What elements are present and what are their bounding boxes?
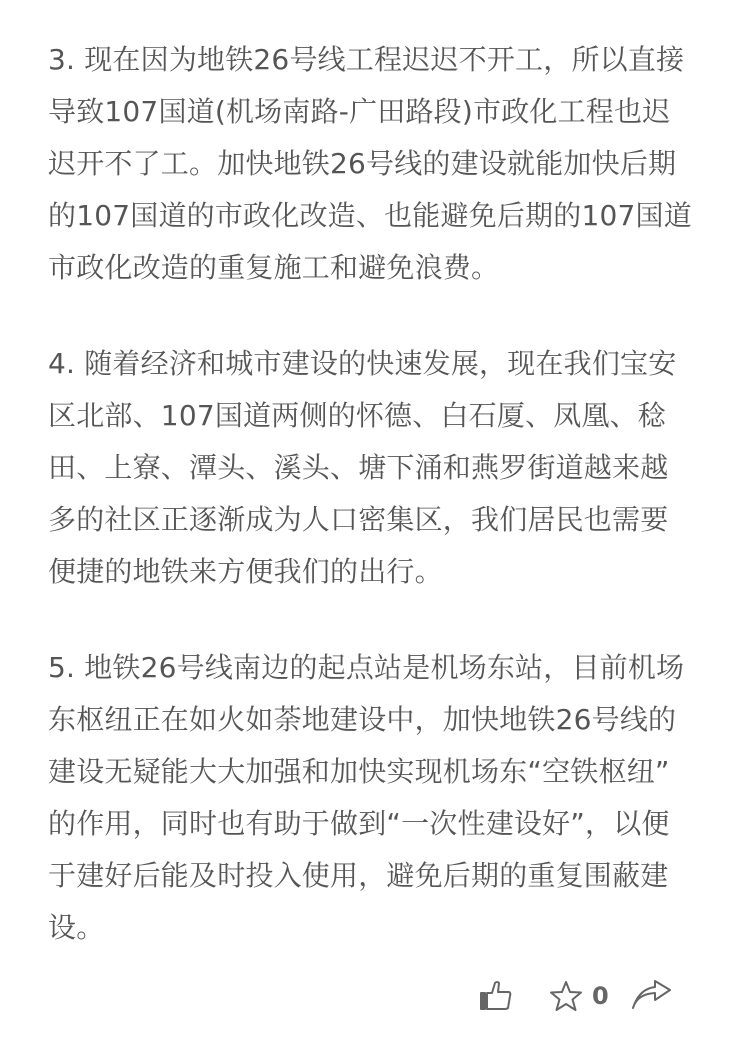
action-bar: 0 bbox=[478, 974, 673, 1018]
text-line: 4. 随着经济和城市建设的快速发展，现在我们宝安 bbox=[48, 338, 698, 390]
star-icon bbox=[548, 978, 584, 1014]
text-line: 5. 地铁26号线南边的起点站是机场东站，目前机场 bbox=[48, 642, 698, 694]
text-line: 导致107国道(机场南路-广田路段)市政化工程也迟 bbox=[48, 86, 698, 138]
text-line: 便捷的地铁来方便我们的出行。 bbox=[48, 546, 698, 598]
paragraph-4: 4. 随着经济和城市建设的快速发展，现在我们宝安 区北部、107国道两侧的怀德、… bbox=[48, 338, 698, 598]
paragraph-spacer bbox=[48, 598, 698, 642]
text-line: 建设无疑能大大加强和加快实现机场东“空铁枢纽” bbox=[48, 746, 698, 798]
like-button[interactable] bbox=[478, 978, 514, 1014]
thumbs-up-icon bbox=[478, 978, 514, 1014]
text-line: 多的社区正逐渐成为人口密集区，我们居民也需要 bbox=[48, 494, 698, 546]
share-arrow-icon bbox=[629, 978, 673, 1014]
text-line: 迟开不了工。加快地铁26号线的建设就能加快后期 bbox=[48, 138, 698, 190]
text-line: 的作用，同时也有助于做到“一次性建设好”，以便 bbox=[48, 798, 698, 850]
paragraph-5: 5. 地铁26号线南边的起点站是机场东站，目前机场 东枢纽正在如火如荼地建设中，… bbox=[48, 642, 698, 954]
text-line: 于建好后能及时投入使用，避免后期的重复围蔽建 bbox=[48, 850, 698, 902]
favorite-button[interactable]: 0 bbox=[548, 978, 629, 1014]
text-line: 市政化改造的重复施工和避免浪费。 bbox=[48, 242, 698, 294]
text-line: 3. 现在因为地铁26号线工程迟迟不开工，所以直接 bbox=[48, 34, 698, 86]
paragraph-spacer bbox=[48, 294, 698, 338]
text-line: 设。 bbox=[48, 902, 698, 954]
text-line: 的107国道的市政化改造、也能避免后期的107国道 bbox=[48, 190, 698, 242]
text-line: 区北部、107国道两侧的怀德、白石厦、凤凰、稔 bbox=[48, 390, 698, 442]
favorite-count: 0 bbox=[592, 982, 609, 1010]
share-button[interactable] bbox=[629, 978, 673, 1014]
text-line: 东枢纽正在如火如荼地建设中，加快地铁26号线的 bbox=[48, 694, 698, 746]
paragraph-3: 3. 现在因为地铁26号线工程迟迟不开工，所以直接 导致107国道(机场南路-广… bbox=[48, 34, 698, 294]
text-line: 田、上寮、潭头、溪头、塘下涌和燕罗街道越来越 bbox=[48, 442, 698, 494]
article-body: 3. 现在因为地铁26号线工程迟迟不开工，所以直接 导致107国道(机场南路-广… bbox=[48, 34, 698, 954]
